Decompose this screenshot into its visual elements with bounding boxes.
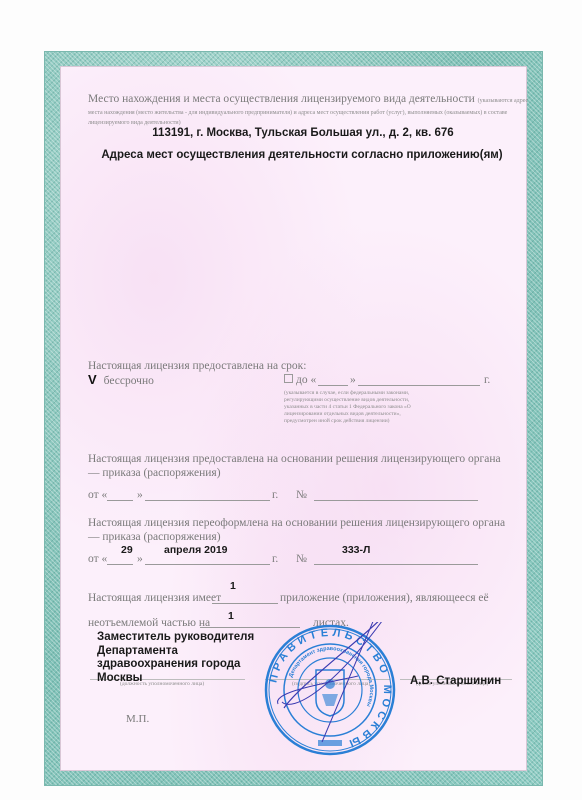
reissued-number-line (314, 564, 478, 565)
granted-month-line (145, 500, 270, 501)
term-perpetual: V бессрочно (88, 371, 154, 389)
granted-quote-close: » (137, 489, 143, 501)
address: 113191, г. Москва, Тульская Большая ул.,… (0, 127, 582, 139)
appendix-text2-before: неотъемлемой частью на (88, 617, 210, 629)
location-heading-note: (указываются адрес (478, 98, 529, 104)
perpetual-label: бессрочно (104, 375, 154, 387)
until-day-line (318, 385, 348, 386)
until-prefix: до « (296, 374, 316, 386)
signer-position-line: Департамента (97, 645, 254, 659)
granted-heading2: — приказа (распоряжения) (88, 467, 221, 479)
official-stamp-icon: ПРАВИТЕЛЬСТВО МОСКВЫ Департамент здравоо… (262, 622, 398, 758)
seal-label: М.П. (126, 713, 149, 725)
term-until: до « (284, 374, 316, 386)
granted-from-prefix: от « (88, 489, 107, 501)
granted-number-prefix: № (296, 489, 307, 501)
appendix-sheets: 1 (228, 610, 234, 622)
reissued-number-prefix: № (296, 553, 307, 565)
reissued-number: 333-Л (342, 544, 370, 556)
appendix-text-before: Настоящая лицензия имеет (88, 592, 221, 604)
location-caption: места нахождения (место жительства - для… (88, 108, 524, 128)
granted-number-line (314, 500, 478, 501)
reissued-month-line (145, 564, 270, 565)
location-heading: Место нахождения и места осуществления л… (88, 93, 528, 105)
reissued-quote-close: » (137, 553, 143, 565)
checkbox-icon (284, 374, 293, 383)
check-mark-icon: V (88, 372, 97, 387)
activity-addresses: Адреса мест осуществления деятельности с… (0, 149, 582, 161)
signer-position-line: Москвы (97, 672, 254, 686)
until-caption: (указывается в случае, если федеральными… (284, 390, 414, 425)
reissued-day-line (107, 564, 133, 565)
signer-position-line: здравоохранения города (97, 658, 254, 672)
granted-year-suffix: г. (272, 489, 278, 501)
reissued-heading: Настоящая лицензия переоформлена на осно… (88, 517, 505, 529)
appendix-text-after: приложение (приложения), являющееся её (280, 592, 489, 604)
reissued-month-year: апреля 2019 (164, 544, 228, 556)
reissued-day: 29 (121, 544, 133, 556)
until-mid: » (350, 374, 356, 386)
reissued-from-prefix: от « (88, 553, 107, 565)
signer-name: А.В. Старшинин (410, 675, 501, 687)
granted-heading: Настоящая лицензия предоставлена на осно… (88, 453, 501, 465)
granted-day-line (107, 500, 133, 501)
appendix-count-line (212, 603, 278, 604)
location-heading-text: Место нахождения и места осуществления л… (88, 93, 475, 105)
signer-position: Заместитель руководителя Департамента зд… (97, 631, 254, 685)
until-month-line (358, 385, 480, 386)
reissued-year-suffix: г. (272, 553, 278, 565)
reissued-heading2: — приказа (распоряжения) (88, 531, 221, 543)
signer-position-line: Заместитель руководителя (97, 631, 254, 645)
until-year-suffix: г. (484, 374, 490, 386)
appendix-count: 1 (230, 580, 236, 592)
